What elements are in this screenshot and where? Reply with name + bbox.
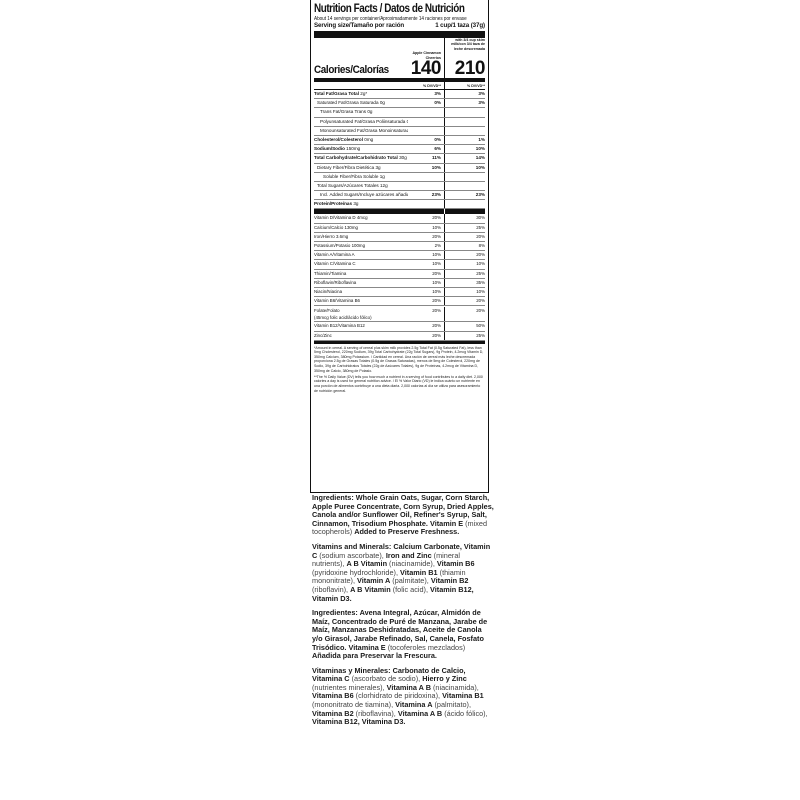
nutrient-dv-cereal: 10% (408, 164, 441, 172)
calories-value-milk: 210 (445, 60, 485, 78)
nutrient-dv-cereal (408, 118, 441, 126)
nutrient-name: Dietary Fiber/Fibra Dietética 3g (314, 164, 408, 172)
vitamin-row: Vitamin B12/Vitamina B12 20%50% (314, 322, 485, 331)
vitamin-dv-milk: 50% (444, 322, 485, 330)
ingredients-spanish: Ingredientes: Avena Integral, Azúcar, Al… (312, 609, 494, 661)
nutrient-name: Monounsaturated Fat/Grasa Monoinsaturada… (314, 127, 408, 135)
ingredients-section: Ingredients: Whole Grain Oats, Sugar, Co… (312, 494, 494, 733)
vitamin-dv-milk: 25% (444, 332, 485, 340)
vitamin-name: Iron/Hierro 3.6mg (314, 233, 408, 241)
nutrient-dv-milk: 23% (444, 191, 485, 199)
vitamins-minerals-spanish: Vitaminas y Minerales: Carbonato de Calc… (312, 667, 494, 727)
nutrient-row: Cholesterol/Colesterol 0mg0%1% (314, 136, 485, 145)
nutrient-dv-cereal: 0% (408, 136, 441, 144)
dv-header-milk: % DV/VD** (444, 82, 485, 89)
vitamin-row: Calcium/Calcio 130mg10%25% (314, 224, 485, 233)
nutrient-dv-cereal: 3% (408, 90, 441, 98)
vitamin-dv-cereal: 20% (408, 332, 441, 340)
nutrient-dv-milk (444, 173, 485, 181)
nutrient-dv-milk (444, 182, 485, 190)
ingredients-english: Ingredients: Whole Grain Oats, Sugar, Co… (312, 494, 494, 537)
vitamin-mineral-source: (ácido fólico), (442, 709, 487, 718)
footnote-daily-value: **The % Daily Value (DV) tells you how m… (314, 375, 485, 393)
serving-size: Serving size/Tamaño por ración 1 cup/1 t… (314, 22, 485, 30)
nutrient-name: Cholesterol/Colesterol 0mg (314, 136, 408, 144)
vitamin-dv-cereal: 10% (408, 279, 441, 287)
calories-section: Calories/Calorías Apple Cinnamon Cheerio… (314, 38, 485, 82)
label-title: Nutrition Facts / Datos de Nutrición (314, 2, 461, 16)
nutrient-row: Sodium/Sodio 150mg6%10% (314, 145, 485, 154)
footnote-amount: *Amount in cereal. A serving of cereal p… (314, 346, 485, 374)
servings-per-container: About 14 servings per container/Aproxima… (314, 16, 471, 22)
vitamin-dv-milk: 10% (444, 288, 485, 296)
vitamin-mineral-name: A B Vitamin (350, 585, 391, 594)
dv-header-row: % DV/VD** % DV/VD** (314, 82, 485, 90)
nutrient-dv-milk: 3% (444, 90, 485, 98)
nutrient-dv-cereal: 11% (408, 154, 441, 162)
vitamin-dv-milk: 30% (444, 214, 485, 222)
vitamin-list: Vitamin D/Vitamina D 4mcg20%30%Calcium/C… (314, 214, 485, 340)
vitamin-row: Zinc/Zinc 20%25% (314, 332, 485, 341)
nutrient-dv-milk: 10% (444, 145, 485, 153)
vitamin-dv-cereal: 20% (408, 322, 441, 330)
vitamin-name: Vitamin C/Vitamina C (314, 260, 408, 268)
nutrient-row: Trans Fat/Grasa Trans 0g (314, 108, 485, 117)
vitamin-dv-cereal: 10% (408, 260, 441, 268)
vitamin-row: Vitamin B6/Vitamina B6 20%20% (314, 297, 485, 306)
vitamin-dv-cereal: 20% (408, 270, 441, 278)
nutrient-name: Total Fat/Grasa Total 2g* (314, 90, 408, 98)
nutrient-row: Soluble Fiber/Fibra Soluble 1g (314, 173, 485, 182)
vitamin-dv-cereal: 10% (408, 251, 441, 259)
nutrient-name: Incl. Added Sugars/Incluye azúcares añad… (314, 191, 408, 199)
vitamin-dv-milk: 20% (444, 251, 485, 259)
nutrient-name: Soluble Fiber/Fibra Soluble 1g (314, 173, 408, 181)
vitamin-name: Folate/Folato(45mcg folic acid/ácido fól… (314, 307, 408, 321)
nutrient-name: Total Sugars/Azúcares Totales 12g (314, 182, 408, 190)
nutrient-dv-milk (444, 127, 485, 135)
vitamin-dv-milk: 8% (444, 242, 485, 250)
vitamin-row: Iron/Hierro 3.6mg20%20% (314, 233, 485, 242)
vitamin-dv-cereal: 20% (408, 214, 441, 222)
vitamin-dv-milk: 25% (444, 224, 485, 232)
nutrient-row: Monounsaturated Fat/Grasa Monoinsaturada… (314, 127, 485, 136)
calories-col-milk: with 3/4 cup skim milk/con 3/4 taza de l… (444, 38, 485, 78)
nutrient-dv-milk: 3% (444, 99, 485, 107)
nutrient-name: Protein/Proteínas 3g (314, 200, 408, 208)
nutrient-dv-milk: 1% (444, 136, 485, 144)
vitamin-mineral-name: Vitamina B12, Vitamina D3. (312, 717, 405, 726)
footnotes: *Amount in cereal. A serving of cereal p… (314, 344, 485, 393)
vitamin-row: Niacin/Niacina 10%10% (314, 288, 485, 297)
vitamin-name: Vitamin B6/Vitamina B6 (314, 297, 408, 305)
nutrient-dv-cereal (408, 108, 441, 116)
nutrient-dv-milk: 14% (444, 154, 485, 162)
vitamin-dv-milk: 10% (444, 260, 485, 268)
nutrient-row: Total Carbohydrate/Carbohidrato Total 30… (314, 154, 485, 163)
vitamin-dv-milk: 20% (444, 233, 485, 241)
vitamin-dv-cereal: 20% (408, 307, 441, 321)
nutrient-dv-cereal: 23% (408, 191, 441, 199)
vitamin-dv-cereal: 20% (408, 233, 441, 241)
nutrient-row: Total Sugars/Azúcares Totales 12g (314, 182, 485, 191)
vitamin-name: Vitamin B12/Vitamina B12 (314, 322, 408, 330)
vitamins-minerals-english: Vitamins and Minerals: Calcium Carbonate… (312, 543, 494, 603)
vitamin-dv-cereal: 20% (408, 297, 441, 305)
nutrient-row: Total Fat/Grasa Total 2g*3%3% (314, 90, 485, 99)
vitamin-name: Vitamin A/Vitamina A (314, 251, 408, 259)
serving-size-value: 1 cup/1 taza (37g) (435, 22, 485, 30)
nutrient-name: Polyunsaturated Fat/Grasa Poliinsaturada… (314, 118, 408, 126)
nutrient-name: Saturated Fat/Grasa Saturada 0g (314, 99, 408, 107)
nutrient-row: Polyunsaturated Fat/Grasa Poliinsaturada… (314, 118, 485, 127)
nutrient-row: Protein/Proteínas 3g (314, 200, 485, 209)
nutrient-dv-milk (444, 108, 485, 116)
calories-value-cereal: 140 (408, 60, 441, 78)
nutrient-dv-cereal (408, 182, 441, 190)
nutrient-row: Saturated Fat/Grasa Saturada 0g0%3% (314, 99, 485, 108)
nutrient-dv-milk (444, 200, 485, 208)
vitamin-row: Folate/Folato(45mcg folic acid/ácido fól… (314, 306, 485, 322)
serving-size-label: Serving size/Tamaño por ración (314, 22, 404, 30)
calories-col-cereal: Apple Cinnamon Cheerios 140 (408, 51, 441, 78)
nutrient-row: Dietary Fiber/Fibra Dietética 3g10%10% (314, 164, 485, 173)
nutrient-dv-milk (444, 118, 485, 126)
vitamin-row: Thiamin/Tiamina 20%25% (314, 270, 485, 279)
nutrient-name: Total Carbohydrate/Carbohidrato Total 30… (314, 154, 408, 162)
vitamin-mineral-source: (folic acid), (391, 585, 430, 594)
nutrient-list: Total Fat/Grasa Total 2g*3%3%Saturated F… (314, 90, 485, 209)
nutrient-row: Incl. Added Sugars/Incluye azúcares añad… (314, 191, 485, 200)
vitamin-name: Zinc/Zinc (314, 332, 408, 340)
vitamin-row: Vitamin D/Vitamina D 4mcg20%30% (314, 214, 485, 223)
ingredientes-preserve: Añadida para Preservar la Frescura. (312, 651, 437, 660)
vitamin-dv-milk: 20% (444, 307, 485, 321)
calories-label: Calories/Calorías (314, 64, 399, 78)
nutrition-facts-label: Nutrition Facts / Datos de Nutrición Abo… (310, 0, 489, 493)
vitamin-row: Riboflavin/Riboflavina 10%35% (314, 279, 485, 288)
nutrient-name: Sodium/Sodio 150mg (314, 145, 408, 153)
column-desc-milk: with 3/4 cup skim milk/con 3/4 taza de l… (445, 38, 485, 51)
vitamin-name: Vitamin D/Vitamina D 4mcg (314, 214, 408, 222)
vitamin-dv-cereal: 10% (408, 224, 441, 232)
nutrient-dv-cereal (408, 173, 441, 181)
vitamin-dv-milk: 20% (444, 297, 485, 305)
vitamin-dv-cereal: 2% (408, 242, 441, 250)
nutrient-dv-cereal (408, 200, 441, 208)
nutrient-dv-cereal (408, 127, 441, 135)
ingredients-preserve: Added to Preserve Freshness. (354, 527, 459, 536)
vitamin-dv-milk: 35% (444, 279, 485, 287)
vitamin-name: Riboflavin/Riboflavina (314, 279, 408, 287)
vitamin-name: Thiamin/Tiamina (314, 270, 408, 278)
vitamin-row: Vitamin C/Vitamina C 10%10% (314, 260, 485, 269)
dv-header-cereal: % DV/VD** (408, 84, 441, 88)
divider-thick (314, 31, 485, 38)
nutrient-dv-cereal: 6% (408, 145, 441, 153)
nutrient-name: Trans Fat/Grasa Trans 0g (314, 108, 408, 116)
vitamin-row: Vitamin A/Vitamina A 10%20% (314, 251, 485, 260)
vitamin-name: Calcium/Calcio 130mg (314, 224, 408, 232)
vitamin-name: Potassium/Potasio 100mg (314, 242, 408, 250)
nutrient-dv-cereal: 0% (408, 99, 441, 107)
vitamin-dv-milk: 25% (444, 270, 485, 278)
vitamin-row: Potassium/Potasio 100mg2%8% (314, 242, 485, 251)
vitamin-name: Niacin/Niacina (314, 288, 408, 296)
vitamin-dv-cereal: 10% (408, 288, 441, 296)
nutrient-dv-milk: 10% (444, 164, 485, 172)
